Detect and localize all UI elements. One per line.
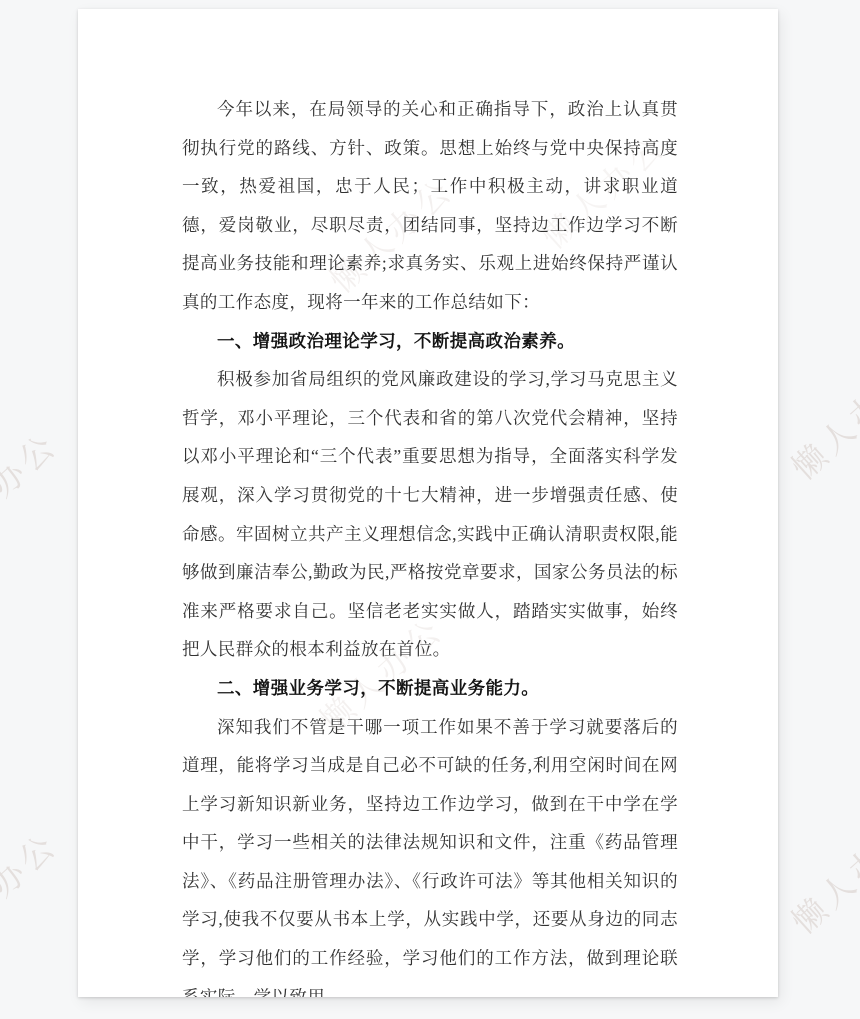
watermark-brand-text: 懒人办公 xyxy=(0,820,67,957)
watermark-brand-text: 懒人办公 xyxy=(780,352,860,489)
document-body: 今年以来，在局领导的关心和正确指导下，政治上认真贯彻执行党的路线、方针、政策。思… xyxy=(182,90,678,997)
page-sheet: 懒人办公 懒人办公 懒人办公 今年以来，在局领导的关心和正确指导下，政治上认真贯… xyxy=(78,9,778,997)
paragraph-section-2: 深知我们不管是干哪一项工作如果不善于学习就要落后的道理，能将学习当成是自己必不可… xyxy=(182,708,678,998)
document-viewer: 懒人办公 懒人办公 懒人办公 懒人办公 懒人办公 懒人办公 懒人办公 今年以来，… xyxy=(0,0,860,1019)
watermark-brand-text: 懒人办公 xyxy=(0,420,67,557)
paragraph-section-1: 积极参加省局组织的党风廉政建设的学习,学习马克思主义哲学，邓小平理论，三个代表和… xyxy=(182,360,678,669)
heading-section-2: 二、增强业务学习，不断提高业务能力。 xyxy=(182,669,678,708)
paragraph-intro: 今年以来，在局领导的关心和正确指导下，政治上认真贯彻执行党的路线、方针、政策。思… xyxy=(182,90,678,322)
watermark-brand-text: 懒人办公 xyxy=(780,806,860,943)
heading-section-1: 一、增强政治理论学习，不断提高政治素养。 xyxy=(182,322,678,361)
